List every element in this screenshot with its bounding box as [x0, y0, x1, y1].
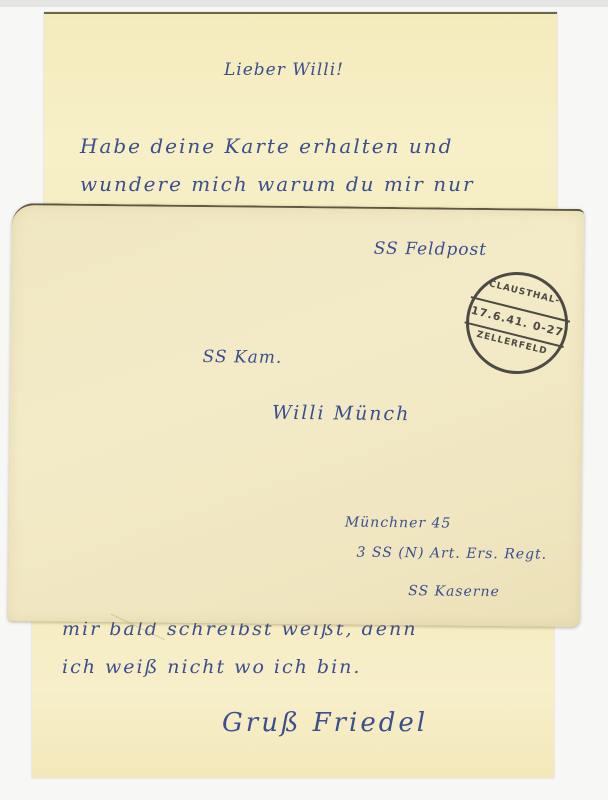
recipient-name: Willi Münch	[272, 402, 411, 425]
letter-sheet-top: Lieber Willi! Habe deine Karte erhalten …	[44, 12, 557, 229]
feldpost-mark: SS Feldpost	[374, 239, 488, 260]
envelope: SS Feldpost SS Kam. Willi Münch Münchner…	[8, 203, 584, 627]
address-line-1: Münchner 45	[345, 515, 452, 532]
letter-line-5: ich weiß nicht wo ich bin.	[62, 656, 361, 678]
letter-signature: Gruß Friedel	[222, 708, 428, 738]
address-line-3: SS Kaserne	[408, 583, 500, 600]
letter-line-2: wundere mich warum du mir nur	[80, 172, 475, 196]
letter-sheet-bottom: mir bald schreibst weißt, denn ich weiß …	[32, 600, 554, 778]
recipient-title: SS Kam.	[202, 347, 282, 368]
top-border	[0, 0, 608, 7]
letter-line-1: Habe deine Karte erhalten und	[80, 134, 453, 158]
address-line-2: 3 SS (N) Art. Ers. Regt.	[356, 545, 547, 563]
letter-greeting: Lieber Willi!	[224, 60, 344, 80]
